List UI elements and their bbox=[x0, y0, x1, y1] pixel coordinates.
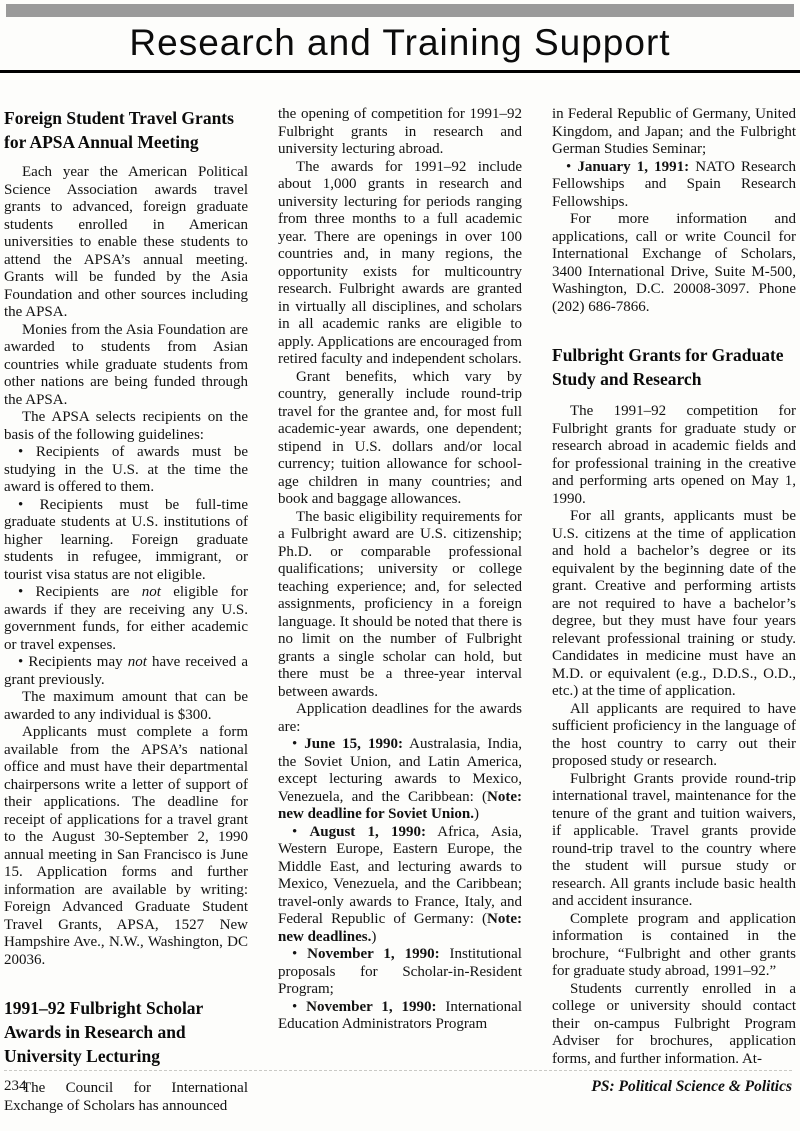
page-title: Research and Training Support bbox=[0, 22, 800, 64]
footer-journal-title: PS: Political Science & Politics bbox=[591, 1078, 792, 1096]
column-1: Foreign Student Travel Grants for APSA A… bbox=[4, 106, 248, 1115]
bullet-item: • Recipients are not eligible for awards… bbox=[4, 584, 248, 654]
paragraph: in Federal Republic of Germany, United K… bbox=[552, 106, 796, 159]
paragraph: the opening of competition for 1991–92 F… bbox=[278, 106, 522, 159]
page-footer: 234 PS: Political Science & Politics bbox=[4, 1070, 792, 1108]
paragraph: The awards for 1991–92 include about 1,0… bbox=[278, 159, 522, 369]
paragraph: Applicants must complete a form availabl… bbox=[4, 724, 248, 969]
bullet-item: • November 1, 1990: Institutional propos… bbox=[278, 946, 522, 999]
section-heading: Foreign Student Travel Grants for APSA A… bbox=[4, 106, 248, 154]
footer-page-number: 234 bbox=[4, 1078, 27, 1095]
paragraph: The APSA selects recipients on the basis… bbox=[4, 409, 248, 444]
bullet-item: • August 1, 1990: Africa, Asia, Western … bbox=[278, 824, 522, 947]
paragraph: Fulbright Grants provide round-trip inte… bbox=[552, 771, 796, 911]
paragraph: For all grants, applicants must be U.S. … bbox=[552, 508, 796, 701]
column-3: in Federal Republic of Germany, United K… bbox=[552, 106, 796, 1115]
paragraph: For more information and applications, c… bbox=[552, 211, 796, 316]
column-2: the opening of competition for 1991–92 F… bbox=[278, 106, 522, 1115]
section-heading: 1991–92 Fulbright Scholar Awards in Rese… bbox=[4, 996, 248, 1068]
article-columns: Foreign Student Travel Grants for APSA A… bbox=[4, 106, 796, 1115]
bullet-item: • Recipients of awards must be studying … bbox=[4, 444, 248, 497]
bullet-item: • November 1, 1990: International Educat… bbox=[278, 999, 522, 1034]
paragraph: The 1991–92 competition for Fulbright gr… bbox=[552, 403, 796, 508]
bullet-item: • June 15, 1990: Australasia, India, the… bbox=[278, 736, 522, 824]
paragraph: The maximum amount that can be awarded t… bbox=[4, 689, 248, 724]
bullet-item: • Recipients may not have received a gra… bbox=[4, 654, 248, 689]
paragraph: Grant benefits, which vary by country, g… bbox=[278, 369, 522, 509]
paragraph: The basic eligibility requirements for a… bbox=[278, 509, 522, 702]
journal-page: Research and Training Support Foreign St… bbox=[0, 0, 800, 1131]
paragraph: All applicants are required to have suff… bbox=[552, 701, 796, 771]
page-top-bar bbox=[6, 4, 794, 17]
paragraph: Monies from the Asia Foundation are awar… bbox=[4, 322, 248, 410]
bullet-item: • January 1, 1991: NATO Research Fellows… bbox=[552, 159, 796, 212]
paragraph: Application deadlines for the awards are… bbox=[278, 701, 522, 736]
bullet-item: • Recipients must be full-time graduate … bbox=[4, 497, 248, 585]
section-heading: Fulbright Grants for Graduate Study and … bbox=[552, 343, 796, 391]
paragraph: Each year the American Political Science… bbox=[4, 164, 248, 322]
paragraph: Complete program and application informa… bbox=[552, 911, 796, 981]
header-rule bbox=[0, 70, 800, 73]
paragraph: Students currently enrolled in a college… bbox=[552, 981, 796, 1069]
